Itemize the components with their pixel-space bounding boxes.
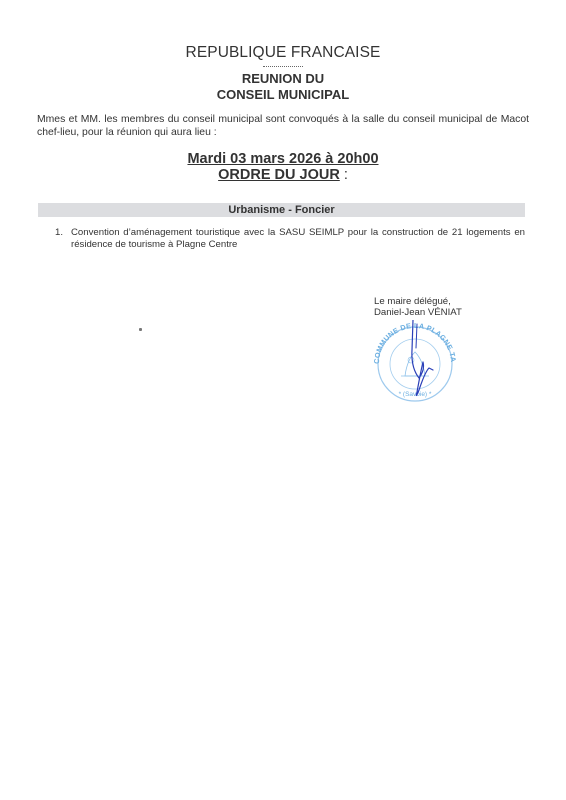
meeting-date: Mardi 03 mars 2026 à 20h00 [0,151,566,167]
document-page: REPUBLIQUE FRANCAISE REUNION DU CONSEIL … [0,0,566,800]
meeting-date-text: Mardi 03 mars 2026 à 20h00 [187,151,378,167]
meeting-heading-line2: CONSEIL MUNICIPAL [0,87,566,103]
scan-speck [139,328,142,331]
convocation-text: Mmes et MM. les membres du conseil munic… [37,113,529,139]
meeting-heading: REUNION DU CONSEIL MUNICIPAL [0,71,566,103]
country-heading: REPUBLIQUE FRANCAISE [0,44,566,62]
svg-text:* (Savoie) *: * (Savoie) * [399,391,432,398]
municipal-stamp-icon: COMMUNE DE LA PLAGNE TARENTAISE * (Savoi… [365,320,465,402]
agenda-item-number: 1. [55,227,71,251]
section-header-urbanisme: Urbanisme - Foncier [38,203,525,217]
meeting-heading-line1: REUNION DU [0,71,566,87]
signatory-name: Daniel-Jean VÉNIAT [374,307,462,318]
agenda-title-colon: : [340,167,348,183]
heading-separator [263,66,303,67]
agenda-item: 1. Convention d’aménagement touristique … [55,227,525,251]
agenda-title: ORDRE DU JOUR : [0,167,566,183]
agenda-item-text: Convention d’aménagement touristique ave… [71,227,525,251]
agenda-title-text: ORDRE DU JOUR [218,167,340,183]
signatory-role: Le maire délégué, [374,296,462,307]
agenda-list: 1. Convention d’aménagement touristique … [55,227,525,251]
signature-block: Le maire délégué, Daniel-Jean VÉNIAT [374,296,462,318]
